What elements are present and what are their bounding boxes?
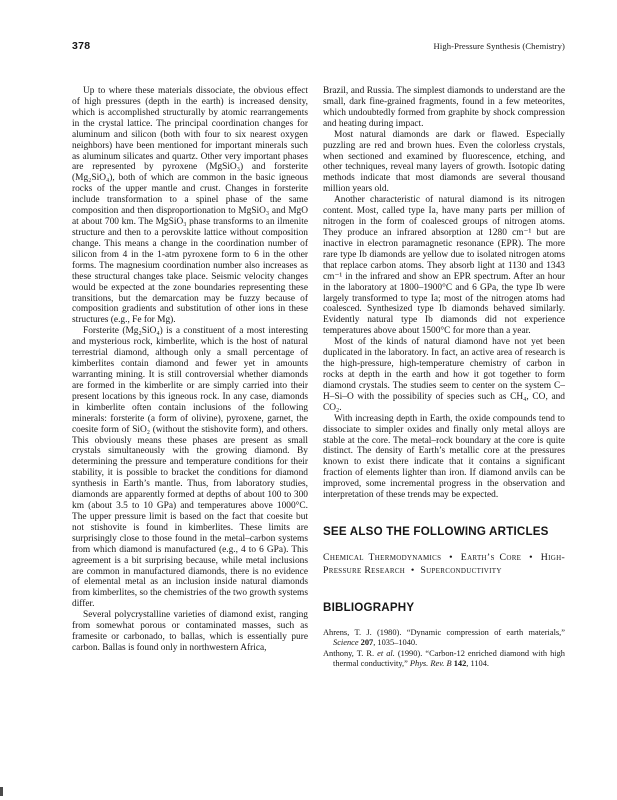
see-also-list: Chemical Thermodynamics • Earth’s Core •… bbox=[323, 552, 565, 577]
bibliography-list: Ahrens, T. J. (1980). “Dynamic compressi… bbox=[323, 628, 565, 669]
body-paragraph: Several polycrystalline varieties of dia… bbox=[72, 610, 308, 654]
left-column: Up to where these materials dissociate, … bbox=[72, 86, 308, 669]
body-paragraph: Forsterite (Mg₂SiO₄) is a constituent of… bbox=[72, 326, 308, 610]
bibliography-entry: Ahrens, T. J. (1980). “Dynamic compressi… bbox=[323, 628, 565, 649]
body-paragraph: Another characteristic of natural diamon… bbox=[323, 195, 565, 337]
body-paragraph: Most of the kinds of natural diamond hav… bbox=[323, 337, 565, 413]
right-column-body: Brazil, and Russia. The simplest diamond… bbox=[323, 86, 565, 501]
document-page: 378 High-Pressure Synthesis (Chemistry) … bbox=[0, 0, 617, 800]
bibliography-entry: Anthony, T. R. et al. (1990). “Carbon-12… bbox=[323, 649, 565, 670]
see-also-heading: SEE ALSO THE FOLLOWING ARTICLES bbox=[323, 527, 565, 538]
body-paragraph: Brazil, and Russia. The simplest diamond… bbox=[323, 86, 565, 130]
bibliography-heading: BIBLIOGRAPHY bbox=[323, 603, 565, 614]
body-paragraph: Up to where these materials dissociate, … bbox=[72, 86, 308, 326]
see-also-item: Earth’s Core bbox=[461, 552, 521, 563]
running-head: High-Pressure Synthesis (Chemistry) bbox=[434, 41, 565, 51]
body-paragraph: Most natural diamonds are dark or flawed… bbox=[323, 130, 565, 196]
body-paragraph: With increasing depth in Earth, the oxid… bbox=[323, 414, 565, 501]
bullet-separator: • bbox=[405, 565, 420, 576]
text-columns: Up to where these materials dissociate, … bbox=[72, 86, 565, 669]
page-content: 378 High-Pressure Synthesis (Chemistry) … bbox=[72, 40, 565, 669]
page-header: 378 High-Pressure Synthesis (Chemistry) bbox=[72, 40, 565, 52]
see-also-item: Chemical Thermodynamics bbox=[323, 552, 441, 563]
right-column: Brazil, and Russia. The simplest diamond… bbox=[323, 86, 565, 669]
page-number: 378 bbox=[72, 40, 90, 52]
bullet-separator: • bbox=[521, 552, 540, 563]
bullet-separator: • bbox=[441, 552, 460, 563]
scan-artifact bbox=[0, 787, 3, 796]
see-also-item: Superconductivity bbox=[420, 565, 501, 576]
